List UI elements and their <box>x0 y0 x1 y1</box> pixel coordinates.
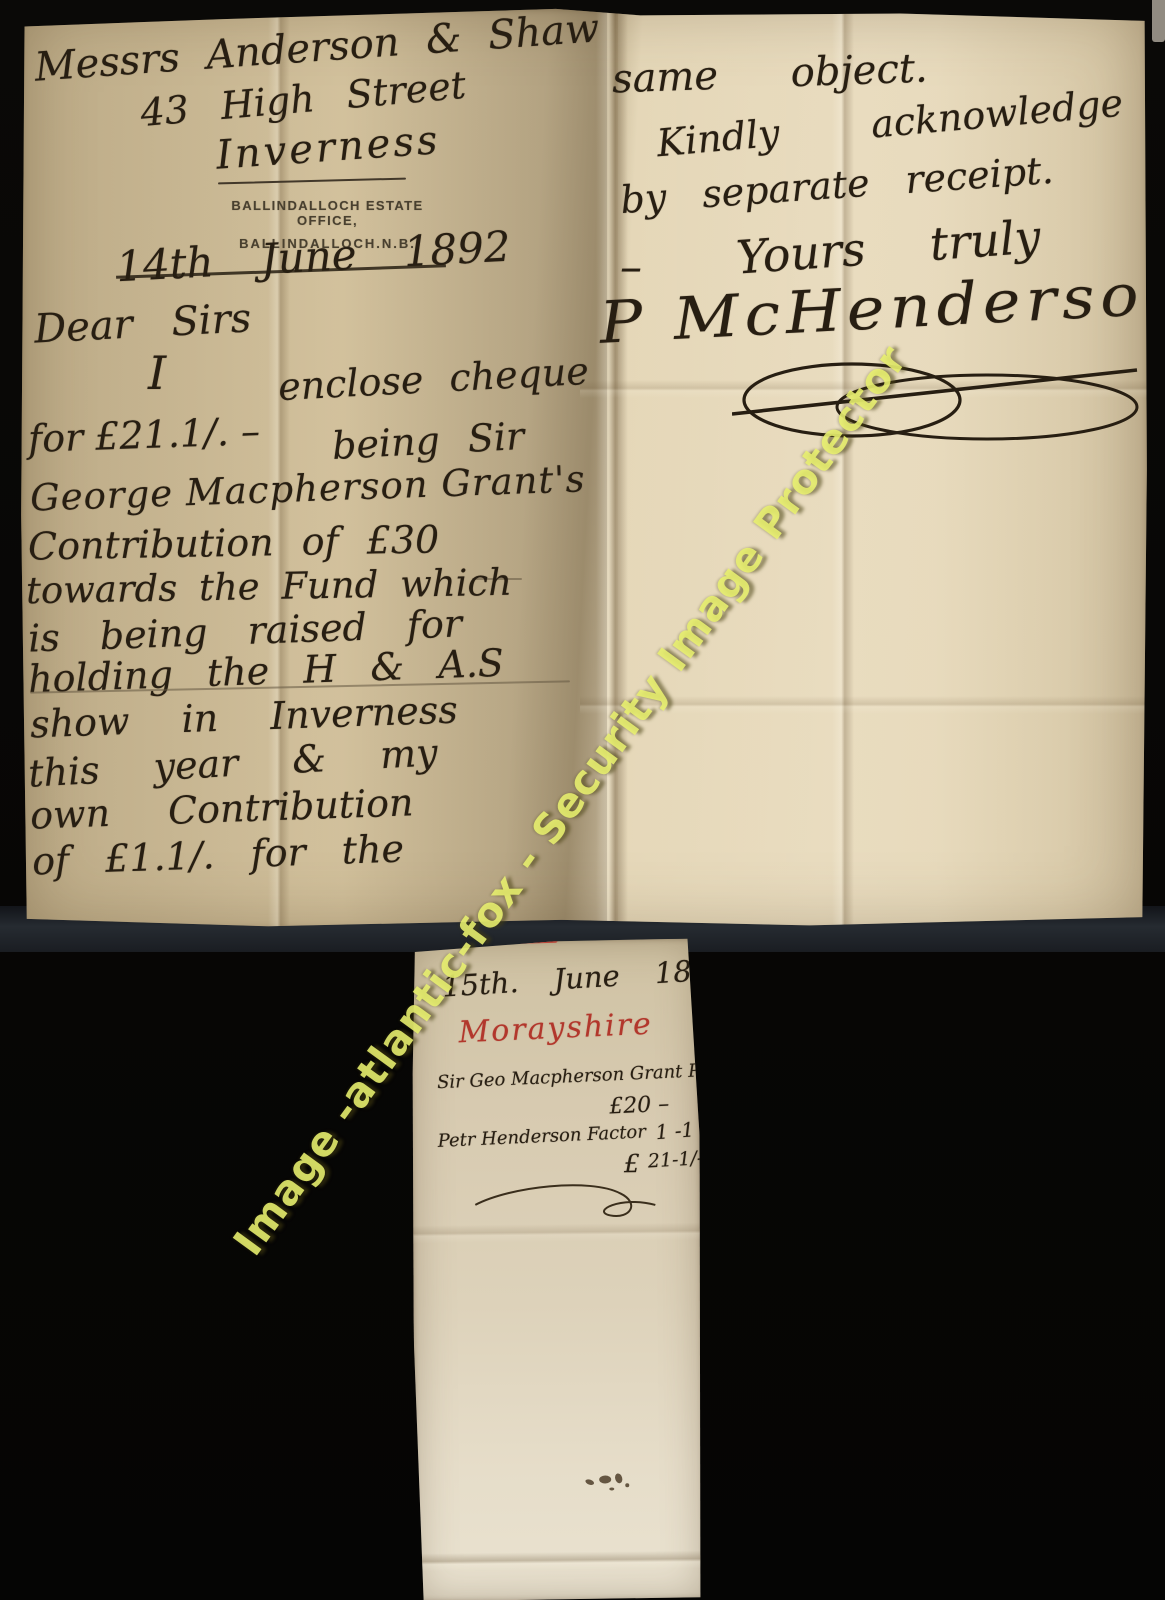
ink-smudge <box>583 1471 633 1494</box>
body-line: I <box>148 350 166 396</box>
body-line: being Sir <box>331 417 525 465</box>
total-currency-symbol: £ <box>624 1151 640 1176</box>
body-line: for £21.1/. – <box>27 412 260 458</box>
body-line: Contribution of £30 <box>28 520 440 565</box>
signature-flourish-icon <box>732 352 1142 452</box>
slip-entry-amount: 1 -1 <box>655 1119 695 1142</box>
slip-date: 15th. June 1892 <box>441 955 729 1002</box>
slip-entry-label: Petr Henderson Factor <box>437 1123 646 1150</box>
receipt-slip: 15th. June 1892 Morayshire Sir Geo Macph… <box>410 939 705 1600</box>
letterhead-line-1: BALLINDALLOCH ESTATE OFFICE, <box>210 198 445 228</box>
total-amount: 21-1/- <box>647 1149 704 1171</box>
slip-crease-lower <box>416 1550 704 1571</box>
slip-flourish-icon <box>470 1175 661 1227</box>
slip-region: Morayshire <box>458 1010 654 1049</box>
body-line: same object. <box>611 49 928 100</box>
slip-entry-amount: £20 – <box>609 1094 670 1119</box>
salutation: Dear Sirs <box>33 298 252 349</box>
scanned-document-canvas: Messrs Anderson & Shaw 43 High Street In… <box>0 0 1165 1600</box>
paper-edge-sliver <box>1152 0 1165 42</box>
closing-dash: – <box>620 246 642 290</box>
slip-entry-label: Sir Geo Macpherson Grant Part <box>437 1061 727 1092</box>
